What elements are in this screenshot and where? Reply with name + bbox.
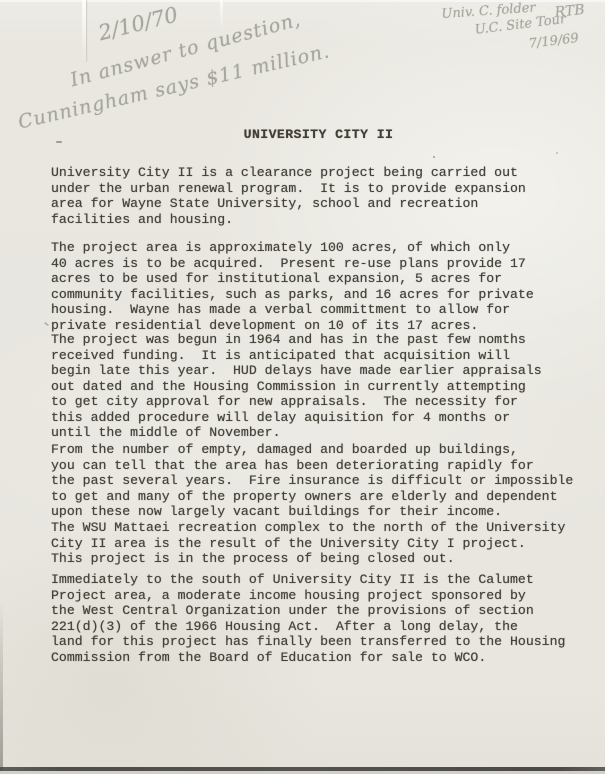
scan-speck xyxy=(433,156,435,158)
paragraph-intro: University City II is a clearance projec… xyxy=(51,165,526,227)
paper-crease xyxy=(220,0,223,30)
paragraph-project-area: The project area is approximately 100 ac… xyxy=(51,240,534,333)
pencil-tilde-mark xyxy=(44,322,49,327)
paper-crease xyxy=(82,0,86,62)
paragraph-calumet-project: Immediately to the south of University C… xyxy=(51,572,565,665)
paragraph-mattaei-complex: The WSU Mattaei recreation complex to th… xyxy=(51,520,565,567)
handwritten-date-note: 2/10/70 xyxy=(96,2,180,45)
handwritten-site-tour-date: 7/19/69 xyxy=(528,31,580,52)
document-title: UNIVERSITY CITY II xyxy=(0,127,605,143)
paragraph-funding-delays: The project was begun in 1964 and has in… xyxy=(51,332,542,441)
scan-left-edge-shadow xyxy=(0,600,3,774)
scan-speck xyxy=(333,512,336,514)
scanned-document-page: 2/10/70 In answer to question, Cunningha… xyxy=(0,0,605,774)
scan-speck xyxy=(556,152,558,154)
paragraph-deterioration: From the number of empty, damaged and bo… xyxy=(51,442,573,520)
pencil-dash-mark xyxy=(56,141,62,143)
